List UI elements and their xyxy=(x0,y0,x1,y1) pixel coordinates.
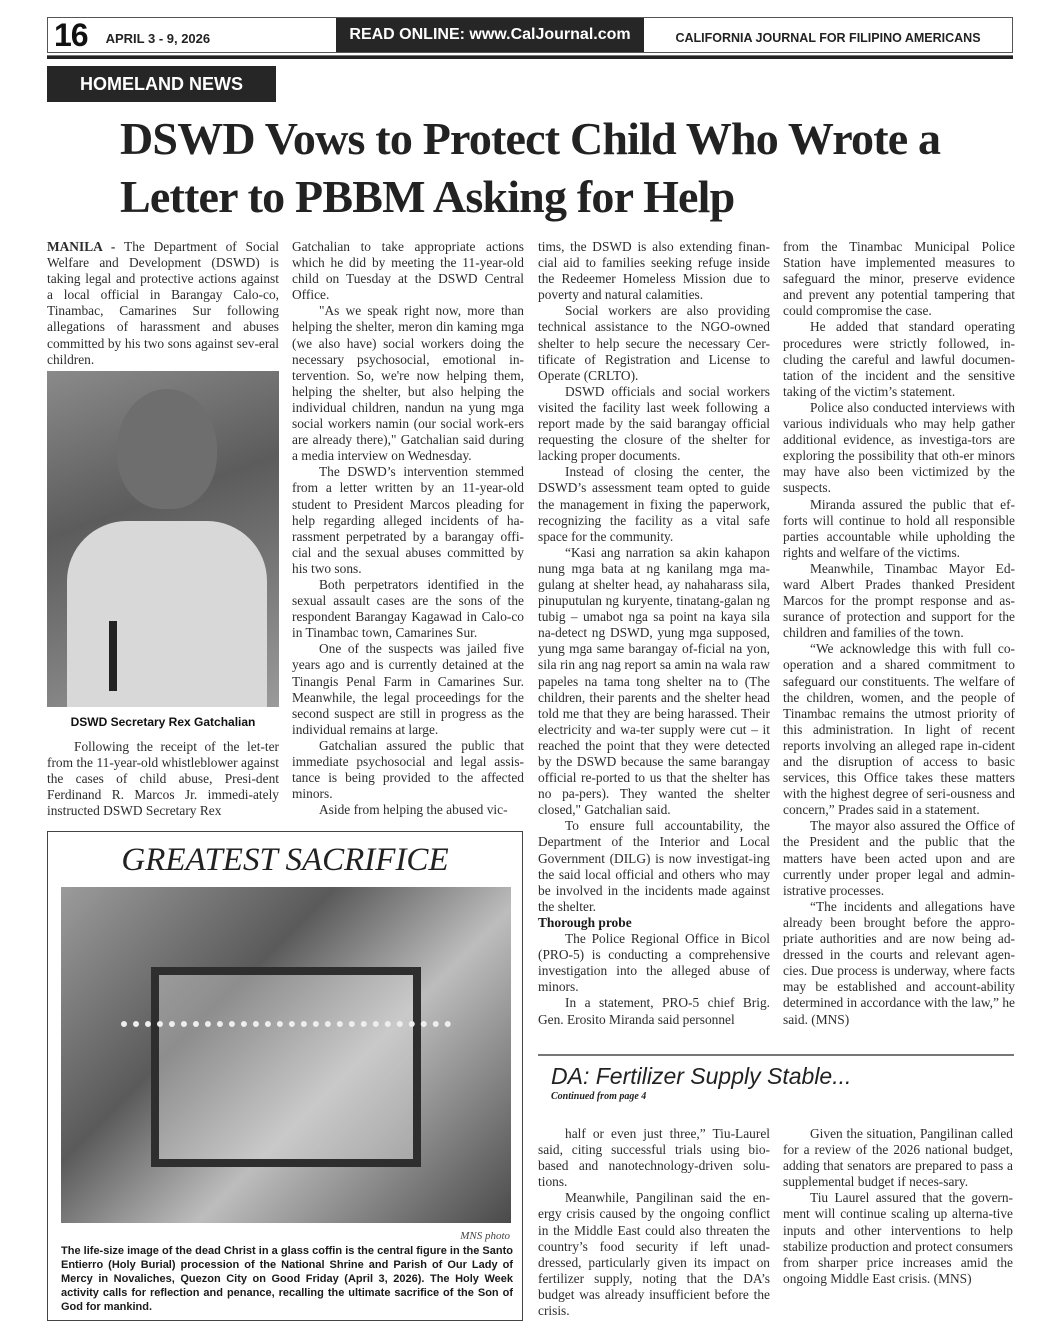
paragraph: “Kasi ang narration sa akin kahapon nung… xyxy=(538,545,770,819)
continued-column-1: half or even just three,” Tiu-Laurel sai… xyxy=(538,1126,770,1319)
page-number: 16 xyxy=(54,19,88,51)
section-tag: HOMELAND NEWS xyxy=(47,66,276,102)
article-column-1-continued: Following the receipt of the let-ter fro… xyxy=(47,739,279,819)
procession-photo xyxy=(61,887,511,1223)
photo-credit: MNS photo xyxy=(460,1230,510,1242)
paragraph: “The incidents and allegations have alre… xyxy=(783,899,1015,1028)
photo-feature-caption: The life-size image of the dead Christ i… xyxy=(61,1244,513,1314)
article-headline: DSWD Vows to Protect Child Who Wrote a L… xyxy=(120,110,1000,226)
lead-paragraph: MANILA - The Department of Social Welfar… xyxy=(47,239,279,368)
paragraph: Instead of closing the center, the DSWD’… xyxy=(538,464,770,544)
masthead: 16 APRIL 3 - 9, 2026 READ ONLINE: www.Ca… xyxy=(47,17,1013,53)
article-column-1: MANILA - The Department of Social Welfar… xyxy=(47,239,279,368)
continued-article-title: DA: Fertilizer Supply Stable... xyxy=(551,1063,851,1090)
paragraph: Aside from helping the abused vic- xyxy=(292,802,524,818)
paragraph: Meanwhile, Tinambac Mayor Ed-ward Albert… xyxy=(783,561,1015,641)
masthead-left: 16 APRIL 3 - 9, 2026 xyxy=(48,18,336,52)
paragraph: Given the situation, Pangilinan called f… xyxy=(783,1126,1013,1190)
subhead: Thorough probe xyxy=(538,915,770,931)
section-divider xyxy=(538,1054,1014,1056)
photo-caption: DSWD Secretary Rex Gatchalian xyxy=(47,715,279,729)
photo-subject-barong xyxy=(67,521,267,707)
paragraph: Both perpetrators identified in the sexu… xyxy=(292,577,524,641)
garland-shape xyxy=(121,1007,451,1027)
paragraph: He added that standard operating procedu… xyxy=(783,319,1015,399)
article-column-4: from the Tinambac Municipal Police Stati… xyxy=(783,239,1015,1028)
paragraph: Following the receipt of the let-ter fro… xyxy=(47,739,279,819)
paragraph: The Police Regional Office in Bicol (PRO… xyxy=(538,931,770,995)
photo-subject-head xyxy=(117,389,217,509)
paragraph: Gatchalian to take appropriate actions w… xyxy=(292,239,524,303)
dateline: MANILA - xyxy=(47,239,124,254)
photo-feature-title: GREATEST SACRIFICE xyxy=(48,842,522,879)
paragraph: tims, the DSWD is also extending finan-c… xyxy=(538,239,770,303)
article-column-3: tims, the DSWD is also extending finan-c… xyxy=(538,239,770,1028)
article-column-2: Gatchalian to take appropriate actions w… xyxy=(292,239,524,818)
photo-feature-box: GREATEST SACRIFICE MNS photo The life-si… xyxy=(47,831,523,1321)
paragraph: Tiu Laurel assured that the govern-ment … xyxy=(783,1190,1013,1287)
paragraph: One of the suspects was jailed five year… xyxy=(292,641,524,738)
paragraph: half or even just three,” Tiu-Laurel sai… xyxy=(538,1126,770,1190)
paragraph: The mayor also assured the Office of the… xyxy=(783,818,1015,898)
paragraph: from the Tinambac Municipal Police Stati… xyxy=(783,239,1015,319)
continued-column-2: Given the situation, Pangilinan called f… xyxy=(783,1126,1013,1287)
microphone-icon xyxy=(109,621,117,691)
paragraph: "As we speak right now, more than helpin… xyxy=(292,303,524,464)
glass-coffin-shape xyxy=(151,967,421,1167)
masthead-rule xyxy=(47,55,1013,59)
continued-from-label: Continued from page 4 xyxy=(551,1091,646,1102)
paragraph: Police also conducted interviews with va… xyxy=(783,400,1015,497)
paragraph: “We acknowledge this with full co-operat… xyxy=(783,641,1015,818)
publication-name: CALIFORNIA JOURNAL FOR FILIPINO AMERICAN… xyxy=(644,18,1012,52)
paragraph: The DSWD’s intervention stemmed from a l… xyxy=(292,464,524,577)
paragraph: In a statement, PRO-5 chief Brig. Gen. E… xyxy=(538,995,770,1027)
paragraph: To ensure full accountability, the Depar… xyxy=(538,818,770,915)
paragraph: DSWD officials and social workers visite… xyxy=(538,384,770,464)
gatchalian-photo xyxy=(47,371,279,707)
issue-date: APRIL 3 - 9, 2026 xyxy=(106,31,211,46)
read-online-link[interactable]: READ ONLINE: www.CalJournal.com xyxy=(336,18,644,52)
paragraph: Gatchalian assured the public that immed… xyxy=(292,738,524,802)
paragraph: Meanwhile, Pangilinan said the en-ergy c… xyxy=(538,1190,770,1319)
paragraph: Social workers are also providing techni… xyxy=(538,303,770,383)
paragraph: Miranda assured the public that ef-forts… xyxy=(783,497,1015,561)
